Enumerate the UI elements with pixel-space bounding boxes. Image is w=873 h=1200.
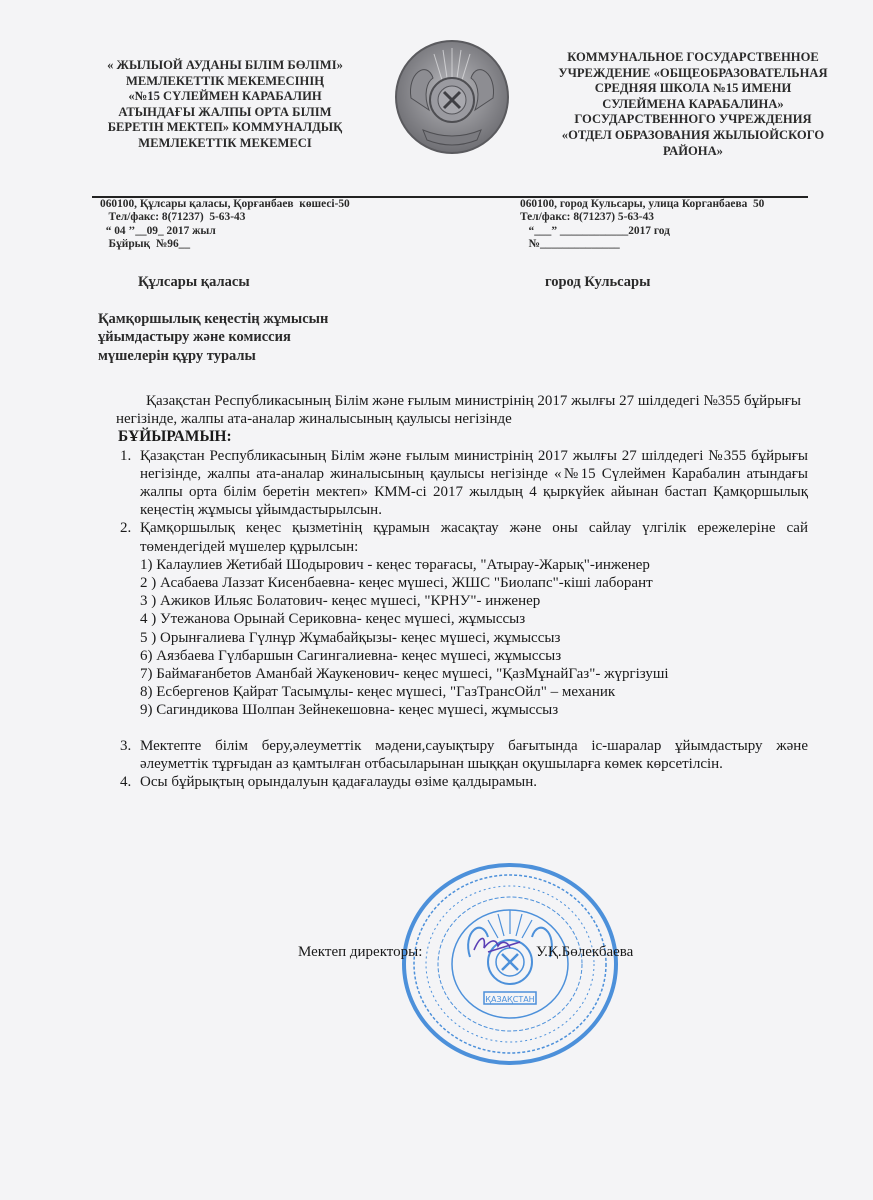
item-number: 4. <box>120 773 131 791</box>
org-line: АТЫНДАҒЫ ЖАЛПЫ ОРТА БІЛІМ <box>70 105 380 121</box>
item-text: Осы бұйрықтың орындалуын қадағалауды өзі… <box>140 774 537 790</box>
date-line: “ 04 ’’__09_ 2017 жыл <box>100 225 350 238</box>
member-item: 6) Аязбаева Гүлбаршын Сагингалиевна- кең… <box>140 647 808 665</box>
handwritten-signature-icon <box>470 930 530 958</box>
city-russian: город Кульсары <box>545 274 650 291</box>
org-line: СРЕДНЯЯ ШКОЛА №15 ИМЕНИ <box>538 81 848 97</box>
order-number-line: №______________ <box>520 238 764 251</box>
org-line: ГОСУДАРСТВЕННОГО УЧРЕЖДЕНИЯ <box>538 112 848 128</box>
org-header-kazakh: « ЖЫЛЫОЙ АУДАНЫ БІЛІМ БӨЛІМІ» МЕМЛЕКЕТТІ… <box>70 58 380 152</box>
member-item: 4 ) Утежанова Орынай Сериковна- кеңес мү… <box>140 610 808 628</box>
order-number-line: Бұйрық №96__ <box>100 238 350 251</box>
member-item: 2 ) Асабаева Лаззат Кисенбаевна- кеңес м… <box>140 574 808 592</box>
address-block-russian: 060100, город Кульсары, улица Корганбаев… <box>520 198 764 252</box>
phone-line: Тел/факс: 8(71237) 5-63-43 <box>520 211 764 224</box>
item-number: 3. <box>120 737 131 755</box>
order-item-4: 4. Осы бұйрықтың орындалуын қадағалауды … <box>118 773 808 791</box>
item-text: Мектепте білім беру,әлеуметтік мәдени,са… <box>140 738 808 772</box>
date-line: “___” ____________2017 год <box>520 225 764 238</box>
org-line: УЧРЕЖДЕНИЕ «ОБЩЕОБРАЗОВАТЕЛЬНАЯ <box>538 66 848 82</box>
org-line: «№15 СҮЛЕЙМЕН КАРАБАЛИН <box>70 89 380 105</box>
org-line: «ОТДЕЛ ОБРАЗОВАНИЯ ЖЫЛЫОЙСКОГО <box>538 128 848 144</box>
member-item: 9) Сагиндикова Шолпан Зейнекешовна- кеңе… <box>140 701 808 719</box>
document-subject: Қамқоршылық кеңестің жұмысын ұйымдастыру… <box>98 310 328 365</box>
phone-line: Тел/факс: 8(71237) 5-63-43 <box>100 211 350 224</box>
order-item-2: 2. Қамқоршылық кеңес қызметінің құрамын … <box>118 519 808 736</box>
subject-line: ұйымдастыру және комиссия <box>98 328 328 346</box>
city-kazakh: Құлсары қаласы <box>138 274 250 291</box>
member-item: 1) Калаулиев Жетибай Шодырович - кеңес т… <box>140 556 808 574</box>
org-line: РАЙОНА» <box>538 144 848 160</box>
member-item: 5 ) Орынғалиева Гүлнұр Жұмабайқызы- кеңе… <box>140 629 808 647</box>
address-line: 060100, Құлсары қаласы, Қорғанбаев көшес… <box>100 198 350 211</box>
org-line: МЕМЛЕКЕТТІК МЕКЕМЕСІ <box>70 136 380 152</box>
item-text: Қамқоршылық кеңес қызметінің құрамын жас… <box>140 520 808 554</box>
item-number: 2. <box>120 519 131 537</box>
item-text: Қазақстан Республикасының Білім және ғыл… <box>140 448 808 519</box>
member-item: 3 ) Ажиков Ильяс Болатович- кеңес мүшесі… <box>140 592 808 610</box>
member-list: 1) Калаулиев Жетибай Шодырович - кеңес т… <box>140 556 808 720</box>
item-number: 1. <box>120 447 131 465</box>
org-line: « ЖЫЛЫОЙ АУДАНЫ БІЛІМ БӨЛІМІ» <box>70 58 380 74</box>
order-items: 1. Қазақстан Республикасының Білім және … <box>118 447 808 792</box>
address-line: 060100, город Кульсары, улица Корганбаев… <box>520 198 764 211</box>
official-stamp-icon: ҚАЗАҚСТАН <box>400 862 620 1067</box>
order-heading: БҰЙЫРАМЫН: <box>118 428 808 446</box>
org-header-russian: КОММУНАЛЬНОЕ ГОСУДАРСТВЕННОЕ УЧРЕЖДЕНИЕ … <box>538 50 848 159</box>
subject-line: мүшелерін құру туралы <box>98 347 328 365</box>
intro-paragraph: Қазақстан Республикасының Білім және ғыл… <box>116 392 808 428</box>
order-item-3: 3. Мектепте білім беру,әлеуметтік мәдени… <box>118 737 808 773</box>
signatory-name: У.Қ.Бөлекбаева <box>536 944 633 961</box>
document-body: Қазақстан Республикасының Білім және ғыл… <box>118 392 808 791</box>
subject-line: Қамқоршылық кеңестің жұмысын <box>98 310 328 328</box>
member-item: 8) Есбергенов Қайрат Тасымұлы- кеңес мүш… <box>140 683 808 701</box>
state-emblem-icon <box>393 38 511 156</box>
org-line: СУЛЕЙМЕНА КАРАБАЛИНА» <box>538 97 848 113</box>
org-line: БЕРЕТІН МЕКТЕП» КОММУНАЛДЫҚ <box>70 120 380 136</box>
signatory-title: Мектеп директоры: <box>298 944 422 960</box>
svg-text:ҚАЗАҚСТАН: ҚАЗАҚСТАН <box>485 995 534 1004</box>
org-line: КОММУНАЛЬНОЕ ГОСУДАРСТВЕННОЕ <box>538 50 848 66</box>
member-item: 7) Баймағанбетов Аманбай Жаукенович- кең… <box>140 665 808 683</box>
address-block-kazakh: 060100, Құлсары қаласы, Қорғанбаев көшес… <box>100 198 350 252</box>
order-item-1: 1. Қазақстан Республикасының Білім және … <box>118 447 808 520</box>
org-line: МЕМЛЕКЕТТІК МЕКЕМЕСІНІҢ <box>70 74 380 90</box>
